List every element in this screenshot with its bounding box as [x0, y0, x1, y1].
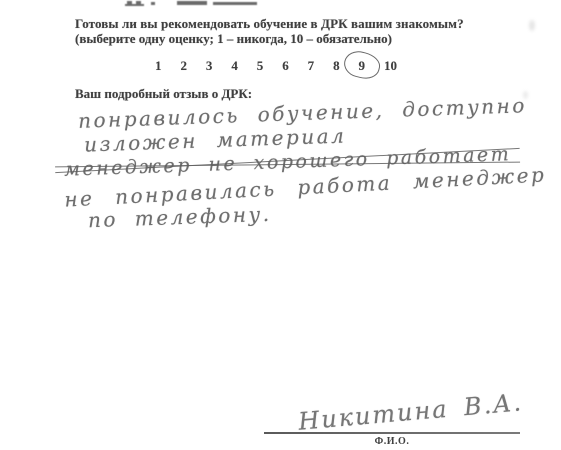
- rating-option: 2: [180, 59, 187, 72]
- rating-option: 6: [282, 59, 289, 72]
- rating-option-selected: 9: [359, 59, 366, 72]
- rating-option: 3: [206, 59, 213, 72]
- question-hint: (выберите одну оценку; 1 – никогда, 10 –…: [75, 31, 515, 47]
- rating-option: 1: [155, 59, 162, 72]
- signature-line: [264, 432, 520, 434]
- feedback-label: Ваш подробный отзыв о ДРК:: [75, 86, 252, 102]
- signature-handwriting: Никитина В.А.: [297, 388, 524, 436]
- scanned-survey-page: Готовы ли вы рекомендовать обучение в ДР…: [0, 0, 561, 450]
- rating-option: 8: [333, 59, 340, 72]
- fio-label: Ф.И.О.: [264, 436, 520, 447]
- rating-option: 7: [308, 59, 315, 72]
- scan-artifact: [529, 20, 535, 31]
- rating-option: 10: [384, 59, 397, 72]
- rating-option: 4: [231, 59, 238, 72]
- handwritten-line: по телефону.: [88, 202, 272, 232]
- cropped-header-fragment: [127, 0, 267, 6]
- rating-scale: 12345678910: [155, 55, 397, 75]
- rating-option: 5: [257, 59, 264, 72]
- scan-artifact: [523, 91, 528, 99]
- question-text: Готовы ли вы рекомендовать обучение в ДР…: [75, 16, 515, 32]
